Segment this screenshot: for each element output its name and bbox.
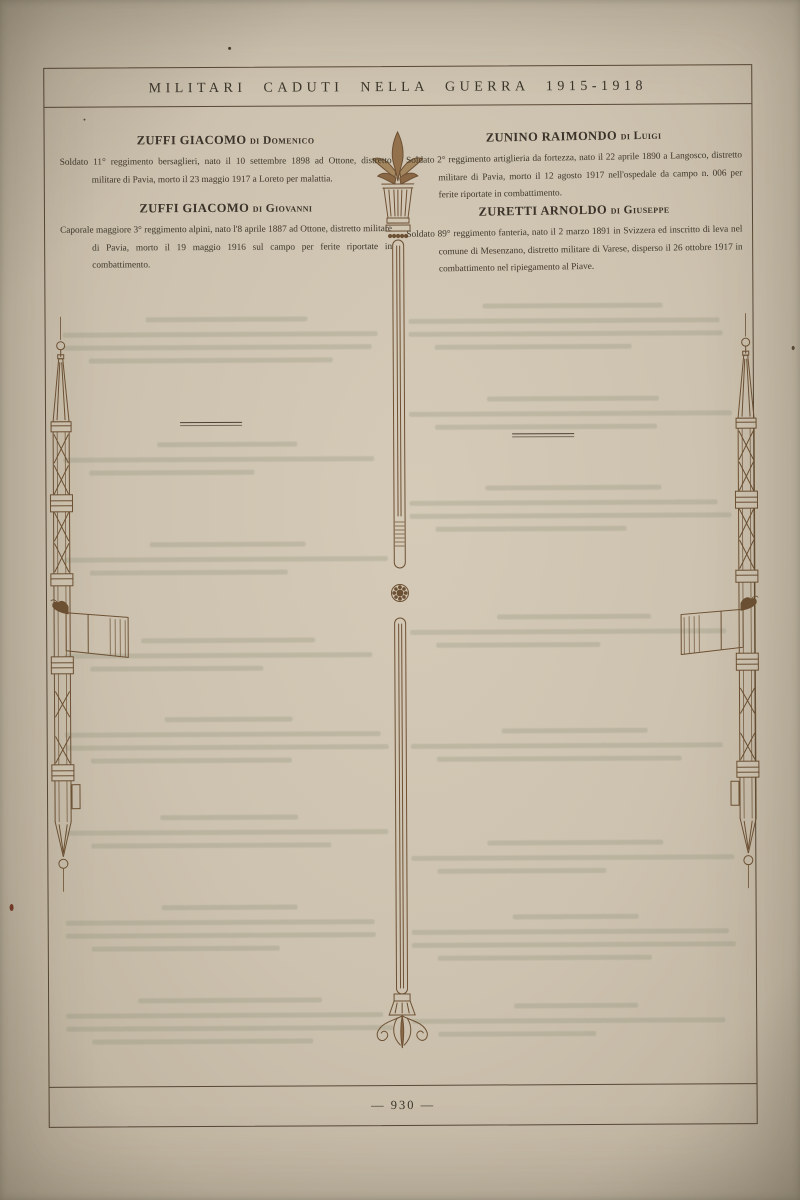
bleed-through-line [138,997,323,1003]
page-tilt-wrapper: MILITARI CADUTI NELLA GUERRA 1915-1918 —… [0,0,800,1200]
bleed-through-line [497,613,652,619]
pennant-remnant [72,785,80,809]
entry-separator-right [512,433,574,437]
speck [83,119,85,121]
bleed-through-line [66,1025,393,1032]
right-standard-ornament [668,313,781,889]
bleed-through-line [66,919,375,926]
standard-point [55,822,71,892]
pennant-remnant [731,781,739,805]
entry-patronymic: di Giuseppe [611,204,670,217]
entry-name: ZUFFI GIACOMO di Giovanni [60,200,392,217]
torch-base [377,994,427,1048]
bleed-through-line [487,396,659,402]
entry-surname: ZUFFI GIACOMO [139,201,249,216]
bleed-through-line [141,638,316,644]
entry-zuretti-arnoldo-di-giuseppe: ZURETTI ARNOLDO di Giuseppe Soldato 89° … [406,200,743,279]
bleed-through-line [165,717,292,723]
entry-surname: ZUNINO RAIMONDO [486,128,618,144]
torch-shaft-lower [395,618,408,994]
bleed-through-line [162,905,297,911]
bleed-through-line [483,303,662,309]
bleed-through-line [92,946,280,952]
bleed-through-line [438,954,652,960]
bleed-through-line [66,932,376,939]
bleed-through-line [66,1012,383,1019]
scanned-page: MILITARI CADUTI NELLA GUERRA 1915-1918 —… [0,0,800,1200]
bleed-through-line [412,928,729,935]
speck [10,904,14,911]
bleed-through-line [512,913,639,919]
rosette-icon [391,584,408,601]
bleed-through-line [438,1031,596,1037]
torch-shaft-upper [393,240,406,568]
entry-patronymic: di Luigi [621,130,662,143]
left-standard-ornament [29,316,142,892]
bleed-through-line [412,941,736,948]
entry-patronymic: di Domenico [250,134,315,146]
bleed-through-line [160,815,299,821]
standard-cross-lattice [54,435,70,763]
standard-cone [53,359,69,422]
standard-point [740,818,756,888]
entry-zunino-raimondo-di-luigi: ZUNINO RAIMONDO di Luigi Soldato 2° regg… [406,126,743,205]
bleed-through-line [150,541,306,547]
bleed-through-line [488,839,663,845]
bleed-through-line [158,441,297,447]
speck [792,346,795,350]
banner-icon [681,609,743,654]
bleed-through-line [514,1003,638,1009]
bleed-through-line [435,424,657,430]
bleed-through-line [412,1017,725,1024]
bleed-through-line [92,1038,313,1044]
entry-description: Caporale maggiore 3° reggimento alpini, … [60,221,392,275]
bleed-through-line [436,642,600,648]
standard-cross-lattice [739,431,755,759]
entry-patronymic: di Giovanni [253,202,313,214]
speck [228,47,231,50]
bleed-through-line [435,344,632,350]
bleed-through-line [437,868,606,874]
bleed-through-line [436,526,627,532]
banner-icon [66,612,128,657]
standard-cone [738,355,754,418]
bleed-through-line [437,755,682,761]
entry-surname: ZURETTI ARNOLDO [478,203,607,219]
bleed-through-line [145,316,308,322]
entry-description: Soldato 2° reggimento artiglieria da for… [406,147,743,205]
entry-surname: ZUFFI GIACOMO [137,133,247,148]
entry-zuffi-giacomo-di-giovanni: ZUFFI GIACOMO di Giovanni Caporale maggi… [60,200,392,275]
bleed-through-line [502,727,648,733]
entry-description: Soldato 11° reggimento bersaglieri, nato… [60,153,392,190]
entry-name: ZUFFI GIACOMO di Domenico [60,132,392,149]
entry-description: Soldato 89° reggimento fanteria, nato il… [406,221,743,279]
entry-separator-left [180,422,242,426]
entry-zuffi-giacomo-di-domenico: ZUFFI GIACOMO di Domenico Soldato 11° re… [60,132,392,190]
bleed-through-line [485,485,662,491]
